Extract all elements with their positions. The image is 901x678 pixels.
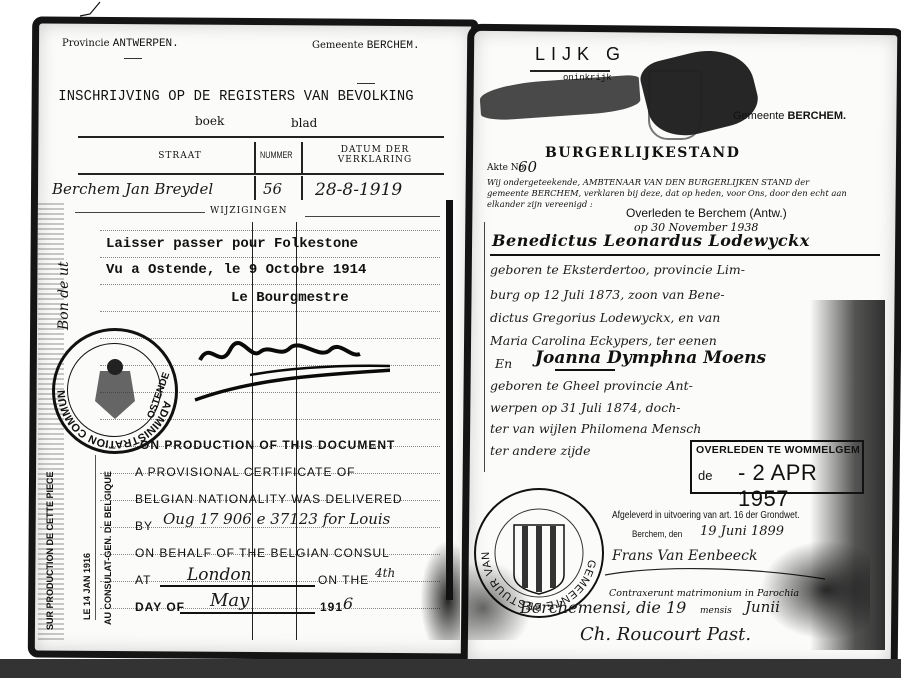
hand-line-2: burg op 12 Juli 1873, zoon van Bene- [490,287,725,302]
pen-stroke-mark [60,0,110,20]
hand-line-7: ter van wijlen Philomena Mensch [490,421,701,436]
mensis-label: mensis [700,606,732,616]
certificate-by-value: Oug 17 906 e 37123 for Louis [163,510,390,528]
scan-noise [760,540,870,640]
register-title: INSCHRIJVING OP DE REGISTERS VAN BEVOLKI… [52,88,420,105]
divider [530,70,610,72]
ruled-line [100,230,440,231]
blad-label: blad [291,116,317,130]
hand-line-6: werpen op 31 Juli 1874, doch- [490,400,680,415]
ostende-stamp: ADMINISTRATION COMMUNALE OSTENDE [52,328,178,454]
certificate-line-1: ON PRODUCTION OF THIS DOCUMENT [140,438,395,452]
hand-line-5: geboren te Gheel provincie Ant- [490,378,693,393]
column-divider [301,176,303,200]
certificate-day-of-value: May [210,590,249,611]
underline [180,612,315,614]
vertical-rule [252,222,253,640]
laisser-passer-line: Laisser passer pour Folkestone [106,236,358,252]
crest-outline [648,70,702,140]
divider [305,216,440,217]
certificate-at-label: AT [135,573,151,587]
divider [357,83,375,84]
certificate-by-label: BY [135,519,153,533]
table-top-rule [78,136,444,138]
column-divider [301,142,303,174]
name-underline [555,369,615,371]
vertical-consulat-text: AU CONSULAT-GEN. DE BELGIQUE [103,471,113,625]
coat-of-arms-icon: ADMINISTRATION COMMUNALE OSTENDE [55,331,175,451]
berchem-den-label: Berchem, den [632,529,682,540]
underline [160,585,315,587]
scan-noise [462,560,532,640]
column-header-datum: DATUM DER VERKLARING [315,145,435,165]
official-signature: Frans Van Eenbeeck [612,548,757,564]
name-underline [490,254,880,256]
provincie-label: Provincie ANTWERPEN. [62,38,179,50]
boek-label: boek [195,114,224,128]
certificate-day-of-label: DAY OF [135,600,185,614]
ruled-line [100,311,440,312]
groom-name: Benedictus Leonardus Lodewyckx [492,231,810,250]
vertical-rule [296,222,297,640]
right-gemeente-label: Gemeente BERCHEM. [733,110,846,122]
row-datum-value: 28-8-1919 [315,180,402,200]
column-divider [254,142,256,174]
bride-name: Joanna Dymphna Moens [535,348,766,368]
margin-rule [484,222,485,472]
gemeente-label: Gemeente BERCHEM. [312,40,420,52]
certificate-line-behalf: ON BEHALF OF THE BELGIAN CONSUL [135,546,390,560]
hand-line-4: Maria Carolina Eckypers, ter eenen [490,333,717,348]
bourgmestre-line: Le Bourgmestre [231,290,349,306]
lijk-header: LIJK G [535,44,626,65]
hand-line-1: geboren te Eksterdertoo, provincie Lim- [490,262,745,277]
column-divider [254,176,256,200]
margin-rule [95,455,96,620]
hand-line-8: ter andere zijde [490,443,590,458]
death-stamp-de-label: de [698,468,712,483]
divider [124,58,142,59]
certificate-line-3: BELGIAN NATIONALITY WAS DELIVERED [135,492,403,506]
certificate-line-2: A PROVISIONAL CERTIFICATE OF [135,465,355,479]
berchem-den-value: 19 Juni 1899 [700,524,784,539]
ruled-line [100,284,440,285]
akte-number: 60 [518,158,537,176]
row-nummer-value: 56 [263,180,282,198]
scan-noise [38,200,64,640]
burgerlijke-stand-title: BURGERLIJKESTAND [545,145,740,161]
contraxerunt-hand: Berchemensi, die 19 [520,598,686,617]
column-header-nummer: NUMMER [260,150,292,160]
vertical-date-text: LE 14 JAN 1916 [82,553,92,620]
wijzigingen-label: WIJZIGINGEN [210,206,287,216]
bottom-bar [0,659,901,678]
afgeleverd-text: Afgeleverd in uitvoering van art. 16 der… [612,510,800,521]
certificate-on-the-label: ON THE [318,573,369,587]
vu-a-ostende-line: Vu a Ostende, le 9 Octobre 1914 [106,262,366,278]
divider [75,212,205,213]
certificate-year-hand: 6 [343,594,353,613]
table-header-rule [78,173,444,175]
certificate-year-printed: 191 [320,600,343,614]
row-straat-value: Berchem Jan Breydel [52,180,213,198]
certificate-at-value: London [187,565,252,585]
hand-line-en: En [495,356,512,371]
bourgmestre-signature [190,330,390,410]
hand-line-3: dictus Gregorius Lodewyckx, en van [490,310,720,325]
priest-signature: Ch. Roucourt Past. [580,624,751,645]
column-header-straat: STRAAT [120,151,240,161]
overleden-stamp: Overleden te Berchem (Antw.) [626,206,787,220]
certificate-on-the-value: 4th [375,566,395,580]
ruled-line [100,257,440,258]
fold-shadow [440,200,462,600]
